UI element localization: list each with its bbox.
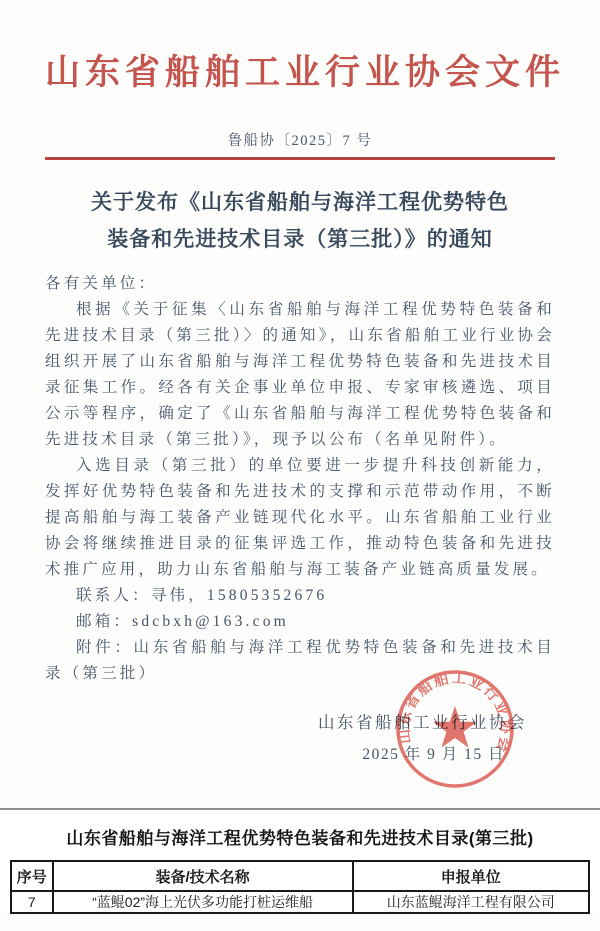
attachment-section: 山东省船舶与海洋工程优势特色装备和先进技术目录(第三批) 序号 装备/技术名称 … [0,810,600,914]
paragraph-1: 根据《关于征集〈山东省船舶与海洋工程优势特色装备和先进技术目录（第三批）〉的通知… [45,297,555,453]
notice-title-line1: 关于发布《山东省船舶与海洋工程优势特色 [91,190,509,214]
table-header-row: 序号 装备/技术名称 申报单位 [11,861,589,891]
email-line: 邮箱：sdcbxh@163.com [45,609,555,635]
notice-title: 关于发布《山东省船舶与海洋工程优势特色 装备和先进技术目录（第三批）》的通知 [45,184,555,258]
table-row: 7 “蓝鲲02”海上光伏多功能打桩运维船 山东蓝鲲海洋工程有限公司 [11,891,589,913]
issuer-name: 山东省船舶工业行业协会 [45,709,527,733]
red-divider-rule [45,157,555,160]
letter-body: 各有关单位： 根据《关于征集〈山东省船舶与海洋工程优势特色装备和先进技术目录（第… [45,271,555,687]
header-declaring-unit: 申报单位 [353,861,589,891]
salutation: 各有关单位： [45,271,555,297]
attachment-line: 附件：山东省船舶与海洋工程优势特色装备和先进技术目录（第三批） [45,635,555,687]
document-page: 山东省船舶工业行业协会文件 鲁船协〔2025〕7 号 关于发布《山东省船舶与海洋… [0,0,600,931]
issue-date: 2025 年 9 月 15 日 [45,742,505,764]
cell-serial-number: 7 [11,891,53,913]
letterhead-title: 山东省船舶工业行业协会文件 [45,50,555,96]
cell-equipment-name: “蓝鲲02”海上光伏多功能打桩运维船 [53,891,353,913]
header-equipment-name: 装备/技术名称 [53,861,353,891]
contact-line: 联系人：寻伟，15805352676 [45,583,555,609]
catalog-table: 序号 装备/技术名称 申报单位 7 “蓝鲲02”海上光伏多功能打桩运维船 山东蓝… [10,860,590,914]
signature-block: 山东省船舶工业行业协会 2025 年 9 月 15 日 [45,709,555,764]
notice-title-line2: 装备和先进技术目录（第三批）》的通知 [107,227,493,251]
cell-declaring-unit: 山东蓝鲲海洋工程有限公司 [353,891,589,913]
attachment-table-title: 山东省船舶与海洋工程优势特色装备和先进技术目录(第三批) [0,824,600,849]
paragraph-2: 入选目录（第三批）的单位要进一步提升科技创新能力，发挥好优势特色装备和先进技术的… [45,453,555,583]
header-serial-number: 序号 [11,861,53,891]
official-letter: 山东省船舶工业行业协会文件 鲁船协〔2025〕7 号 关于发布《山东省船舶与海洋… [0,0,600,810]
document-number: 鲁船协〔2025〕7 号 [45,129,555,150]
